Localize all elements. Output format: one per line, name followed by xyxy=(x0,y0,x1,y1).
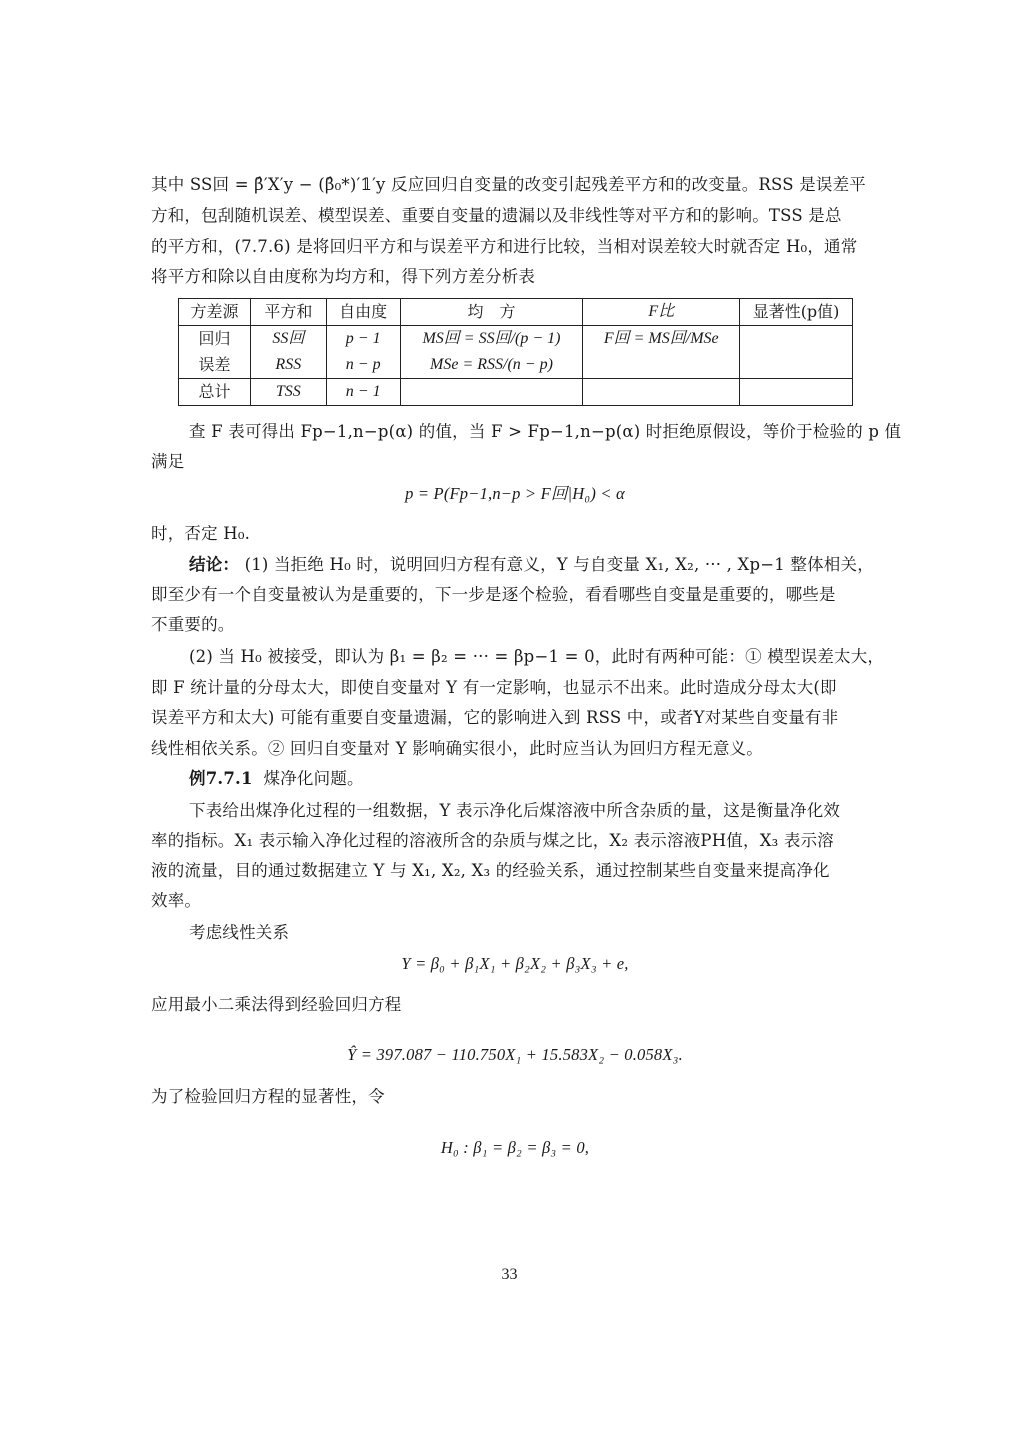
example-line-2: 率的指标。X₁ 表示输入净化过程的溶液所含的杂质与煤之比，X₂ 表示溶液PH值，… xyxy=(151,830,879,852)
conclusion-line-2: 即至少有一个自变量被认为是重要的，下一步是逐个检验，看看哪些自变量是重要的，哪些… xyxy=(151,584,879,606)
table-cell: MSe = RSS/(n − p) xyxy=(400,352,583,379)
example-line-1: 下表给出煤净化过程的一组数据，Y 表示净化后煤溶液中所含杂质的量，这是衡量净化效 xyxy=(189,800,879,822)
header-cell: 平方和 xyxy=(250,299,326,326)
conclusion-text: (1) 当拒绝 H₀ 时，说明回归方程有意义，Y 与自变量 X₁, X₂, ··… xyxy=(245,555,874,574)
paragraph-2-line-2: 满足 xyxy=(151,451,879,473)
paragraph-1-line-3: 的平方和，(7.7.6) 是将回归平方和与误差平方和进行比较，当相对误差较大时就… xyxy=(151,236,879,258)
conclusion-label: 结论： xyxy=(189,555,239,574)
linear-intro: 考虑线性关系 xyxy=(189,922,879,944)
paragraph-1-line-2: 方和，包刮随机误差、模型误差、重要自变量的遗漏以及非线性等对平方和的影响。TSS… xyxy=(151,205,879,227)
header-cell: 自由度 xyxy=(326,299,400,326)
conclusion-part2-line-3: 误差平方和太大) 可能有重要自变量遗漏，它的影响进入到 RSS 中，或者Y对某些… xyxy=(151,707,879,729)
table-cell: 总计 xyxy=(179,379,251,406)
least-squares-intro: 应用最小二乘法得到经验回归方程 xyxy=(151,994,879,1016)
example-line-3: 液的流量，目的通过数据建立 Y 与 X₁, X₂, X₃ 的经验关系，通过控制某… xyxy=(151,860,879,882)
table-cell xyxy=(740,326,853,353)
table-cell: RSS xyxy=(250,352,326,379)
table-cell: TSS xyxy=(250,379,326,406)
conclusion-line-3: 不重要的。 xyxy=(151,614,879,636)
conclusion-part2-line-1: (2) 当 H₀ 被接受，即认为 β₁ = β₂ = ··· = βp−1 = … xyxy=(189,646,879,668)
paragraph-1-line-1: 其中 SS回 = β̂′X′y − (β̂₀*)′𝟙′y 反应回归自变量的改变引… xyxy=(151,174,879,196)
paragraph-2-line-1: 查 F 表可得出 Fp−1,n−p(α) 的值，当 F > Fp−1,n−p(α… xyxy=(189,421,879,443)
table-cell xyxy=(583,352,740,379)
table-cell: n − 1 xyxy=(326,379,400,406)
anova-table: 方差源 平方和 自由度 均 方 F比 显著性(p值) 回归 SS回 p − 1 … xyxy=(178,298,853,406)
table-header-row: 方差源 平方和 自由度 均 方 F比 显著性(p值) xyxy=(179,299,853,326)
table-cell: MS回 = SS回/(p − 1) xyxy=(400,326,583,353)
header-cell: 显著性(p值) xyxy=(740,299,853,326)
table-cell: n − p xyxy=(326,352,400,379)
table-row: 回归 SS回 p − 1 MS回 = SS回/(p − 1) F回 = MS回/… xyxy=(179,326,853,353)
document-page: 其中 SS回 = β̂′X′y − (β̂₀*)′𝟙′y 反应回归自变量的改变引… xyxy=(0,0,1019,1440)
table-cell xyxy=(583,379,740,406)
table-cell: p − 1 xyxy=(326,326,400,353)
page-number: 33 xyxy=(0,1266,1019,1284)
example-heading: 例7.7.1 煤净化问题。 xyxy=(189,768,879,790)
test-intro: 为了检验回归方程的显著性，令 xyxy=(151,1086,879,1108)
table-cell: SS回 xyxy=(250,326,326,353)
example-label: 例7.7.1 xyxy=(189,769,253,788)
after-equation-text: 时，否定 H₀. xyxy=(151,523,879,545)
table-row: 总计 TSS n − 1 xyxy=(179,379,853,406)
table-cell xyxy=(740,379,853,406)
model-equation: Y = β₀ + β₁X₁ + β₂X₂ + β₃X₃ + e, xyxy=(151,953,879,975)
header-cell: 方差源 xyxy=(179,299,251,326)
header-cell: F比 xyxy=(583,299,740,326)
paragraph-1-line-4: 将平方和除以自由度称为均方和，得下列方差分析表 xyxy=(151,266,879,288)
example-line-4: 效率。 xyxy=(151,890,879,912)
example-title: 煤净化问题。 xyxy=(264,769,364,788)
hypothesis-equation: H₀ : β₁ = β₂ = β₃ = 0, xyxy=(151,1137,879,1159)
table-cell: F回 = MS回/MSe xyxy=(583,326,740,353)
header-cell: 均 方 xyxy=(400,299,583,326)
table-cell: 回归 xyxy=(179,326,251,353)
table-cell xyxy=(400,379,583,406)
table-row: 误差 RSS n − p MSe = RSS/(n − p) xyxy=(179,352,853,379)
fitted-equation: Ŷ = 397.087 − 110.750X₁ + 15.583X₂ − 0.0… xyxy=(151,1044,879,1066)
conclusion-part2-line-2: 即 F 统计量的分母太大，即使自变量对 Y 有一定影响，也显示不出来。此时造成分… xyxy=(151,677,879,699)
equation-pvalue: p = P(Fp−1,n−p > F回|H₀) < α xyxy=(151,483,879,505)
table-cell xyxy=(740,352,853,379)
table-cell: 误差 xyxy=(179,352,251,379)
conclusion-part2-line-4: 线性相依关系。② 回归自变量对 Y 影响确实很小，此时应当认为回归方程无意义。 xyxy=(151,738,879,760)
conclusion-line-1: 结论： (1) 当拒绝 H₀ 时，说明回归方程有意义，Y 与自变量 X₁, X₂… xyxy=(189,554,879,576)
